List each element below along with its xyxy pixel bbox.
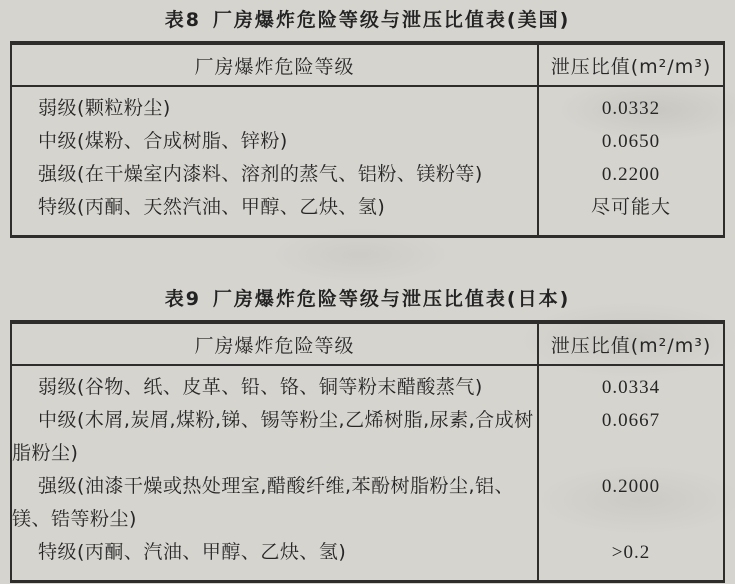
vent-ratio-cell: 0.2200 — [538, 158, 724, 191]
vent-ratio-cell: 0.0334 — [538, 365, 724, 404]
hazard-grade-cell: 特级(丙酮、汽油、甲醇、乙炔、氢) — [11, 536, 538, 582]
table-row: 弱级(颗粒粉尘) 0.0332 — [11, 86, 724, 125]
hazard-grade-cell: 强级(油漆干燥或热处理室,醋酸纤维,苯酚树脂粉尘,铝、镁、锆等粉尘) — [11, 470, 538, 536]
table8-header-row: 厂房爆炸危险等级 泄压比值(m²/m³) — [11, 43, 724, 86]
table9-col-header-ratio: 泄压比值(m²/m³) — [538, 322, 724, 365]
table-row: 强级(油漆干燥或热处理室,醋酸纤维,苯酚树脂粉尘,铝、镁、锆等粉尘) 0.200… — [11, 470, 724, 536]
document-page: 表8厂房爆炸危险等级与泄压比值表(美国) 厂房爆炸危险等级 泄压比值(m²/m³… — [0, 0, 735, 583]
vent-ratio-cell: 0.2000 — [538, 470, 724, 536]
table9-title: 表9厂房爆炸危险等级与泄压比值表(日本) — [10, 284, 725, 311]
table8: 厂房爆炸危险等级 泄压比值(m²/m³) 弱级(颗粒粉尘) 0.0332 中级(… — [10, 41, 725, 238]
table9-col-header-grade: 厂房爆炸危险等级 — [11, 322, 538, 365]
table8-title-text: 厂房爆炸危险等级与泄压比值表(美国) — [213, 9, 570, 31]
table-row: 强级(在干燥室内漆料、溶剂的蒸气、铝粉、镁粉等) 0.2200 — [11, 158, 724, 191]
table-row: 特级(丙酮、汽油、甲醇、乙炔、氢) >0.2 — [11, 536, 724, 582]
table8-label: 表8 — [165, 9, 201, 31]
vent-ratio-cell: 0.0667 — [538, 404, 724, 470]
table9-title-text: 厂房爆炸危险等级与泄压比值表(日本) — [213, 288, 570, 310]
scanned-document-page: { "colors": { "page_background": "#d6d4c… — [0, 0, 735, 584]
hazard-grade-cell: 弱级(谷物、纸、皮革、铅、铬、铜等粉末醋酸蒸气) — [11, 365, 538, 404]
table8-col-header-grade: 厂房爆炸危险等级 — [11, 43, 538, 86]
table9: 厂房爆炸危险等级 泄压比值(m²/m³) 弱级(谷物、纸、皮革、铅、铬、铜等粉末… — [10, 320, 725, 583]
hazard-grade-cell: 中级(煤粉、合成树脂、锌粉) — [11, 125, 538, 158]
table8-title: 表8厂房爆炸危险等级与泄压比值表(美国) — [10, 5, 725, 32]
table-row: 中级(煤粉、合成树脂、锌粉) 0.0650 — [11, 125, 724, 158]
table9-label: 表9 — [165, 288, 201, 310]
table8-col-header-ratio: 泄压比值(m²/m³) — [538, 43, 724, 86]
table-row: 特级(丙酮、天然汽油、甲醇、乙炔、氢) 尽可能大 — [11, 191, 724, 237]
hazard-grade-cell: 特级(丙酮、天然汽油、甲醇、乙炔、氢) — [11, 191, 538, 237]
hazard-grade-cell: 强级(在干燥室内漆料、溶剂的蒸气、铝粉、镁粉等) — [11, 158, 538, 191]
hazard-grade-cell: 弱级(颗粒粉尘) — [11, 86, 538, 125]
vent-ratio-cell: >0.2 — [538, 536, 724, 582]
table-row: 弱级(谷物、纸、皮革、铅、铬、铜等粉末醋酸蒸气) 0.0334 — [11, 365, 724, 404]
vent-ratio-cell: 0.0332 — [538, 86, 724, 125]
table-row: 中级(木屑,炭屑,煤粉,锑、锡等粉尘,乙烯树脂,尿素,合成树脂粉尘) 0.066… — [11, 404, 724, 470]
hazard-grade-cell: 中级(木屑,炭屑,煤粉,锑、锡等粉尘,乙烯树脂,尿素,合成树脂粉尘) — [11, 404, 538, 470]
table9-section: 表9厂房爆炸危险等级与泄压比值表(日本) 厂房爆炸危险等级 泄压比值(m²/m³… — [10, 284, 725, 583]
vent-ratio-cell: 尽可能大 — [538, 191, 724, 237]
table8-section: 表8厂房爆炸危险等级与泄压比值表(美国) 厂房爆炸危险等级 泄压比值(m²/m³… — [10, 5, 725, 238]
table9-header-row: 厂房爆炸危险等级 泄压比值(m²/m³) — [11, 322, 724, 365]
vent-ratio-cell: 0.0650 — [538, 125, 724, 158]
